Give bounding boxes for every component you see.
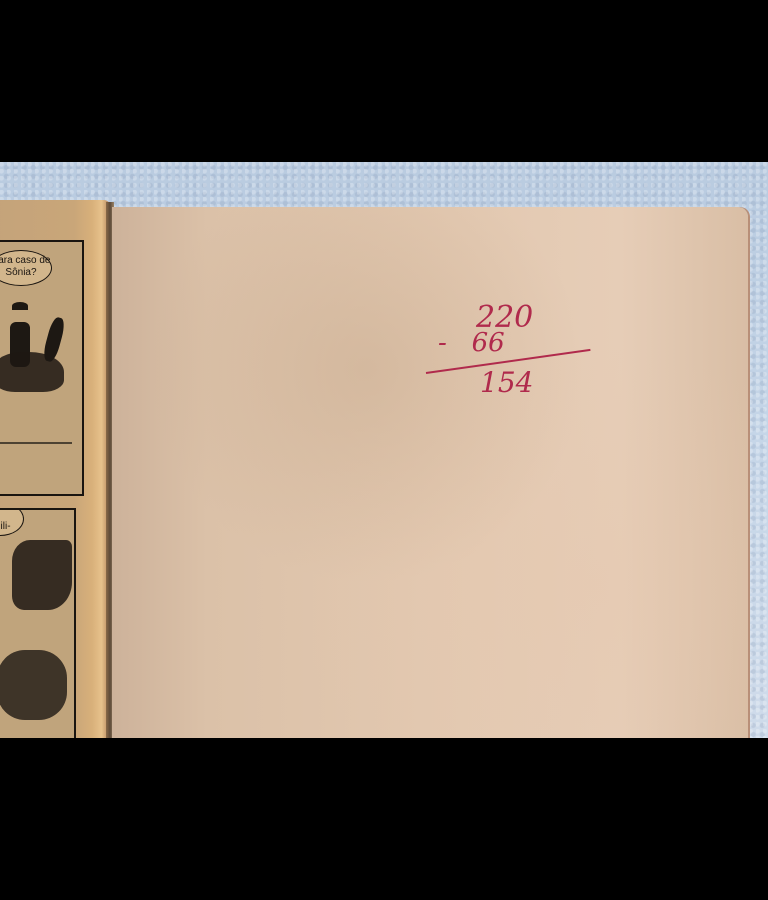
hat-icon: [12, 302, 28, 310]
dark-shape: [12, 540, 72, 610]
speech-bubble: Para caso de Sônia?: [0, 250, 52, 286]
blank-endpaper: [112, 207, 748, 738]
ground-line: [0, 442, 72, 444]
left-comic-page: Para caso de Sônia? quili-: [0, 200, 110, 738]
figure-silhouette: [0, 650, 67, 720]
result: 154: [480, 366, 533, 399]
operator: -: [438, 328, 447, 358]
handwritten-subtraction: 220 - 66 154: [420, 300, 600, 410]
subtrahend-value: 66: [472, 328, 505, 358]
horse-head: [41, 316, 66, 363]
speech-bubble: quili-: [0, 508, 24, 536]
subtrahend: - 66: [438, 328, 505, 358]
photo: Para caso de Sônia? quili-: [0, 162, 768, 738]
comic-panel-rider: Para caso de Sônia?: [0, 240, 84, 496]
comic-panel-bottom: quili-: [0, 508, 76, 738]
